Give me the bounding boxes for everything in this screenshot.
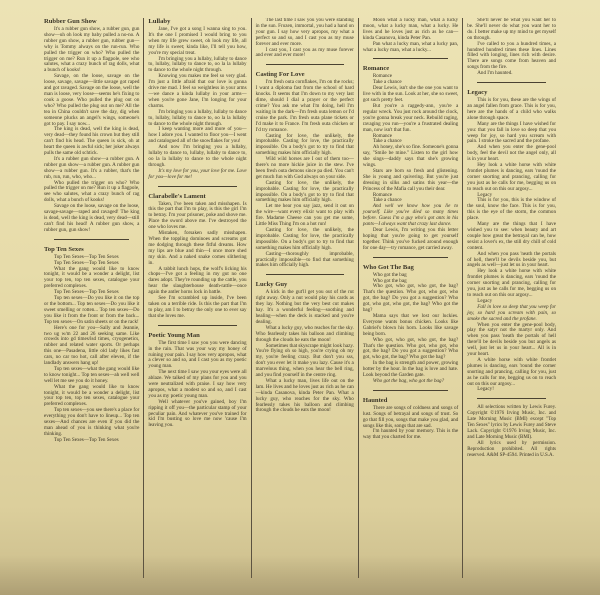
song-block: Top Ten SexesTop Ten Sexes—Top Ten Sexes… [44, 246, 139, 444]
lyric-paragraph: This is for you, this is the window of t… [467, 198, 556, 222]
lyric-paragraph: Sometimes that skyscrape might look hazy… [256, 344, 354, 379]
lyric-paragraph: Let me hear you say jazz, send it out on… [256, 204, 354, 228]
lyric-paragraph: See I'm scrambled up inside, I've been t… [148, 296, 246, 320]
song-title: Top Ten Sexes [44, 246, 139, 254]
song-block: Casting For LoveI'm fresh outa cornflake… [256, 71, 354, 269]
lyric-paragraph: Dear Lewis, isn't she the one you want t… [363, 86, 458, 104]
divider-rule [266, 64, 344, 65]
lyric-paragraph: Dear Lewis, I'm writing you this letter … [363, 228, 458, 252]
lyric-paragraph: There are songs of coldness and songs of… [363, 406, 458, 430]
lyric-paragraph: Top Ten Sexes—Top Ten Sexes [44, 438, 139, 444]
lyric-paragraph: The last time I saw you you were standin… [256, 18, 354, 48]
lyric-paragraph: A white horse with white frontlet plumes… [467, 358, 556, 388]
lyric-paragraph: Hey look a white horse with white frontl… [467, 163, 556, 193]
lyric-paragraph: And when you pass 'neath the portals of … [467, 252, 556, 270]
lyric-paragraph: Savage on the loose, savage on the loose… [44, 204, 139, 234]
lyric-paragraph: A kick in the gut'll get you out of the … [256, 290, 354, 325]
lyric-paragraph: Moon what a lucky man, what a lucky moon… [363, 18, 458, 42]
lyric-paragraph: Casting—thoroughly improbable, practical… [256, 252, 354, 270]
song-title: Rubber Gun Show [44, 18, 139, 26]
lyric-paragraph: Mama says that we lost our luckies. Ever… [363, 314, 458, 338]
divider-rule [158, 186, 236, 187]
column-5: She'll never be what you want her to be.… [462, 18, 560, 578]
lyric-paragraph: Savage, on the loose, savage on the loos… [44, 74, 139, 127]
lyric-paragraph: What a lucky man, lives life out on the … [256, 379, 354, 414]
lyric-paragraph: In the bag is strength and power, growin… [363, 361, 458, 379]
lyric-paragraph: She'll never be what you want her to be.… [467, 18, 556, 42]
lyric-paragraph: I keep wanting more and more of you—how … [148, 127, 246, 145]
lyric-paragraph: Casting for love, the unlikely, the impr… [256, 228, 354, 252]
divider-rule [373, 257, 448, 258]
lyric-paragraph: Who got, who got, who got, the bag? That… [363, 284, 458, 314]
song-block: RomanceRomanceTake a chanceDear Lewis, i… [363, 65, 458, 251]
lyric-paragraph: I'm haunted by your memory. This is the … [363, 429, 458, 441]
lyric-paragraph: And now I'm bringing you a lullaby, lull… [148, 145, 246, 169]
lyric-paragraph: What a lucky guy, who reaches for the sk… [256, 326, 354, 344]
lyric-paragraph: What the gang would like to know tonight… [44, 267, 139, 291]
lyric-paragraph: Who got, who got, who got, the bag? That… [363, 338, 458, 362]
lyric-sheet: Rubber Gun ShowIt's a rubber gun show, a… [40, 18, 560, 578]
lyric-paragraph: Casting for love, the unlikely, the impr… [256, 134, 354, 158]
song-title: Clarabelle's Lament [148, 193, 246, 201]
lyric-paragraph: What the gang would like to know tonight… [44, 385, 139, 409]
lyric-italic-paragraph: And well we know how you lie to yourself… [363, 204, 458, 228]
lyric-paragraph: Casting for love, the unlikely, the impr… [256, 181, 354, 205]
lyric-italic-paragraph: Fall in love so deep that you weep for j… [467, 305, 556, 323]
lyric-paragraph: Mistaken, forsaken sadly misshapen. When… [148, 231, 246, 266]
lyric-paragraph: A rabbit lunch hops, the wolf's licking … [148, 267, 246, 297]
divider-rule [158, 325, 236, 326]
credit-line: All lyrics used by permission. Reproduct… [467, 441, 556, 459]
lyric-paragraph: Many are the things I have wished for yo… [467, 122, 556, 146]
divider-rule [373, 390, 448, 391]
lyric-paragraph: The first time I saw you you were dancin… [148, 341, 246, 371]
song-block: LegacyThis is for you, these are the win… [467, 89, 556, 393]
song-title: Romance [363, 65, 458, 73]
divider-rule [266, 274, 344, 275]
lyric-paragraph: I'm bringing you a lullaby, lullaby to d… [148, 57, 246, 75]
song-title: Legacy [467, 89, 556, 97]
lyric-paragraph: And I'm haunted. [467, 71, 556, 77]
lyric-paragraph: Hey look a white horse with white frontl… [467, 269, 556, 299]
song-block: She'll never be what you want her to be.… [467, 18, 556, 77]
lyric-paragraph: Knowing you makes me feel so very glad. … [148, 74, 246, 109]
lyric-refrain: It's my love for you, your love for me. … [148, 169, 246, 181]
lyric-refrain: Who got the bag, who got the bag? [363, 379, 458, 385]
lyric-paragraph: But you're a raggedy-ann, you're a regul… [363, 104, 458, 134]
song-block: The last time I saw you you were standin… [256, 18, 354, 59]
lyric-paragraph: Pan what a lucky man, what a lucky pan, … [363, 42, 458, 54]
lyric-paragraph: Wild wild horses are I out of them too—t… [256, 157, 354, 181]
lyric-paragraph: I've called to you a hundred times, a hu… [467, 42, 556, 72]
song-block: Clarabelle's LamentTaken, I've been take… [148, 193, 246, 320]
copyright-credits: All selections written by Lewis Furey. C… [467, 405, 556, 458]
song-block: Poetic Young ManThe first time I saw you… [148, 332, 246, 430]
lyric-paragraph: Stars are born so fresh and glistening. … [363, 169, 458, 193]
song-block: Moon what a lucky man, what a lucky moon… [363, 18, 458, 53]
lyric-paragraph: Top ten sexes—what the gang would like t… [44, 367, 139, 385]
lyric-paragraph: Top ten sexes—Do you like it on the top … [44, 296, 139, 326]
song-block: Rubber Gun ShowIt's a rubber gun show, a… [44, 18, 139, 234]
lyric-paragraph: It's a rubber gun show, a rubber gun, gu… [44, 27, 139, 74]
credit-line: All selections written by Lewis Furey. C… [467, 405, 556, 440]
lyric-paragraph: Ah honey, she's so fine. Someone's gonna… [363, 145, 458, 169]
column-4: Moon what a lucky man, what a lucky moon… [358, 18, 462, 578]
divider-rule [373, 58, 448, 59]
column-2: LullabyJane, I've got a song I wanna sin… [143, 18, 250, 578]
lyric-paragraph: Top ten sexes—you see there's a place fo… [44, 408, 139, 438]
lyric-paragraph: The king is dead, well the king is dead,… [44, 127, 139, 157]
lyric-paragraph: Taken, I've been taken and misshapen. Is… [148, 202, 246, 232]
lyric-paragraph: I cast you, I cast you as my muse foreve… [256, 48, 354, 60]
song-block: HauntedThere are songs of coldness and s… [363, 397, 458, 441]
column-3: The last time I saw you you were standin… [251, 18, 358, 578]
song-title: Lullaby [148, 18, 246, 26]
lyric-paragraph: The next time I saw you your eyes were a… [148, 370, 246, 400]
lyric-paragraph: When you enter the gene-pool body, play … [467, 323, 556, 358]
lyric-paragraph: This is for you, these are the wings of … [467, 98, 556, 122]
divider-rule [54, 239, 129, 240]
song-title: Haunted [363, 397, 458, 405]
song-block: Lucky GuyA kick in the gut'll get you ou… [256, 281, 354, 414]
divider-rule [477, 398, 546, 399]
lyric-paragraph: Well whatever you've gained, boy I'm rip… [148, 400, 246, 430]
lyric-paragraph: I'm bringing you a lullaby, lullaby to d… [148, 110, 246, 128]
lyric-paragraph: And when you enter the gene-pool body, f… [467, 145, 556, 163]
lyric-paragraph: Legacy! [467, 387, 556, 393]
lyric-paragraph: It's a rubber gun show—a rubber gun. A r… [44, 157, 139, 181]
lyric-paragraph: Who pulled the trigger on who? Who pulle… [44, 181, 139, 205]
lyric-paragraph: Jane, I've got a song I wanna sing to yo… [148, 27, 246, 57]
lyric-paragraph: I'm fresh outa cornflakes, I'm on the ro… [256, 80, 354, 133]
lyric-paragraph: Here's one for you—Sally and Jeannie, tw… [44, 326, 139, 367]
column-1: Rubber Gun ShowIt's a rubber gun show, a… [40, 18, 143, 578]
song-title: Who Got The Bag [363, 264, 458, 272]
lyric-paragraph: Many are the things that I have wished y… [467, 222, 556, 252]
song-title: Poetic Young Man [148, 332, 246, 340]
song-block: Who Got The BagWho got the bagWho got th… [363, 264, 458, 385]
song-block: LullabyJane, I've got a song I wanna sin… [148, 18, 246, 181]
divider-rule [477, 82, 546, 83]
